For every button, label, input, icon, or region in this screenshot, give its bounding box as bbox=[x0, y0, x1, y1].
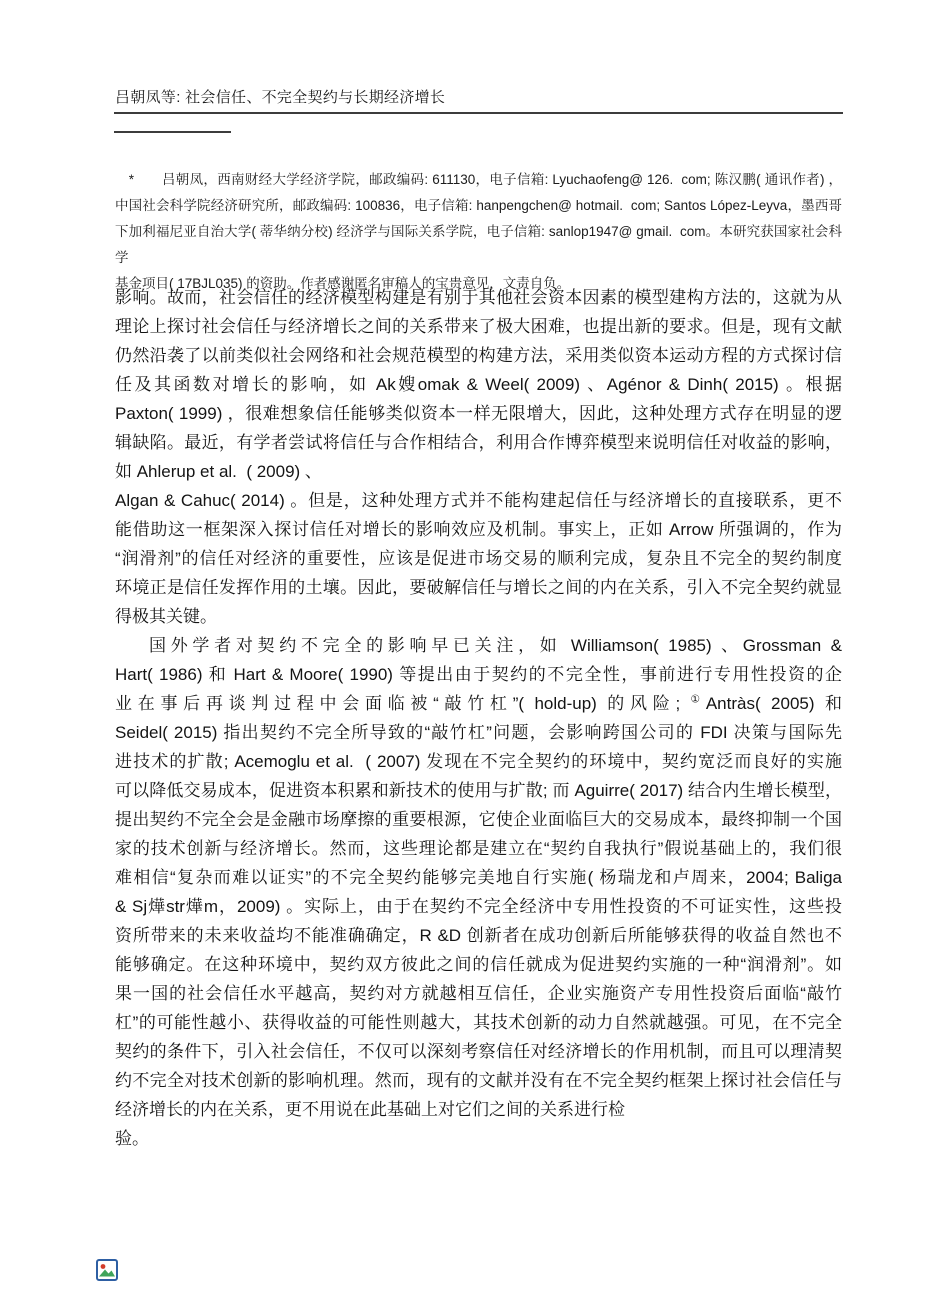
text-line: 进技术的扩散; Acemoglu et al. ( 2007) 发现在不完全契约… bbox=[115, 747, 842, 776]
image-placeholder-icon bbox=[96, 1259, 118, 1281]
article-body: 影响。故而，社会信任的经济模型构建是有别于其他社会资本因素的模型建构方法的，这就… bbox=[115, 283, 842, 1153]
text-line: Seidel( 2015) 指出契约不完全所导致的“敲竹杠”问题，会影响跨国公司… bbox=[115, 718, 842, 747]
text-line: 经济增长的内在关系，更不用说在此基础上对它们之间的关系进行检 bbox=[115, 1095, 842, 1124]
text-line: 任及其函数对增长的影响，如 Ak嫂omak & Weel( 2009) 、Agé… bbox=[115, 370, 842, 399]
text-line: 验。 bbox=[115, 1124, 842, 1153]
text-line: 中国社会科学院经济研究所，邮政编码: 100836，电子信箱: hanpengc… bbox=[115, 193, 842, 219]
text-line: 仍然沿袭了以前类似社会网络和社会规范模型的构建方法，采用类似资本运动方程的方式探… bbox=[115, 341, 842, 370]
running-head: 吕朝凤等: 社会信任、不完全契约与长期经济增长 bbox=[115, 86, 445, 107]
text-line: * 吕朝凤，西南财经大学经济学院，邮政编码: 611130，电子信箱: Lyuc… bbox=[115, 167, 842, 193]
paper-page: 吕朝凤等: 社会信任、不完全契约与长期经济增长 * 吕朝凤，西南财经大学经济学院… bbox=[0, 0, 950, 1290]
text-line: 如 Ahlerup et al. ( 2009) 、 bbox=[115, 457, 842, 486]
text-line: 业在事后再谈判过程中会面临被“敲竹杠”( hold-up) 的风险; ①Antr… bbox=[115, 689, 842, 718]
text-line: 资所带来的未来收益均不能准确确定，R &D 创新者在成功创新后所能够获得的收益自… bbox=[115, 921, 842, 950]
text-line: Hart( 1986) 和 Hart & Moore( 1990) 等提出由于契… bbox=[115, 660, 842, 689]
text-line: 下加利福尼亚自治大学( 蒂华纳分校) 经济学与国际关系学院，电子信箱: sanl… bbox=[115, 219, 842, 271]
text-line: 契约的条件下，引入社会信任，不仅可以深刻考察信任对经济增长的作用机制，而且可以理… bbox=[115, 1037, 842, 1066]
text-line: 难相信“复杂而难以证实”的不完全契约能够完美地自行实施( 杨瑞龙和卢周来，200… bbox=[115, 863, 842, 892]
text-line: 辑缺陷。最近，有学者尝试将信任与合作相结合，利用合作博弈模型来说明信任对收益的影… bbox=[115, 428, 842, 457]
text-line: “润滑剂”的信任对经济的重要性，应该是促进市场交易的顺利完成，复杂且不完全的契约… bbox=[115, 544, 842, 573]
footnote-block: * 吕朝凤，西南财经大学经济学院，邮政编码: 611130，电子信箱: Lyuc… bbox=[115, 167, 842, 297]
text-line: 果一国的社会信任水平越高，契约对方就越相互信任，企业实施资产专用性投资后面临“敲… bbox=[115, 979, 842, 1008]
header-rule bbox=[114, 112, 843, 114]
text-line: 杠”的可能性越小、获得收益的可能性则越大，其技术创新的动力自然就越强。可见，在不… bbox=[115, 1008, 842, 1037]
footnote-separator-rule bbox=[114, 131, 231, 133]
text-line: 能够确定。在这种环境中，契约双方彼此之间的信任就成为促进契约实施的一种“润滑剂”… bbox=[115, 950, 842, 979]
text-line: Algan & Cahuc( 2014) 。但是，这种处理方式并不能构建起信任与… bbox=[115, 486, 842, 515]
text-line: 约不完全对技术创新的影响机理。然而，现有的文献并没有在不完全契约框架上探讨社会信… bbox=[115, 1066, 842, 1095]
text-line: 环境正是信任发挥作用的土壤。因此，要破解信任与增长之间的内在关系，引入不完全契约… bbox=[115, 573, 842, 602]
text-line: 能借助这一框架深入探讨信任对增长的影响效应及机制。事实上，正如 Arrow 所强… bbox=[115, 515, 842, 544]
text-line: 国外学者对契约不完全的影响早已关注，如 Williamson( 1985) 、G… bbox=[115, 631, 842, 660]
text-line: 提出契约不完全会是金融市场摩擦的重要根源，它使企业面临巨大的交易成本，最终抑制一… bbox=[115, 805, 842, 834]
text-line: Paxton( 1999) ，很难想象信任能够类似资本一样无限增大，因此，这种处… bbox=[115, 399, 842, 428]
text-line: 影响。故而，社会信任的经济模型构建是有别于其他社会资本因素的模型建构方法的，这就… bbox=[115, 283, 842, 312]
text-line: 理论上探讨社会信任与经济增长之间的关系带来了极大困难，也提出新的要求。但是，现有… bbox=[115, 312, 842, 341]
text-line: 家的技术创新与经济增长。然而，这些理论都是建立在“契约自我执行”假说基础上的，我… bbox=[115, 834, 842, 863]
text-line: & Sj燁str燁m，2009) 。实际上，由于在契约不完全经济中专用性投资的不… bbox=[115, 892, 842, 921]
text-line: 得极其关键。 bbox=[115, 602, 842, 631]
footnote-ref-1: ① bbox=[691, 693, 706, 705]
text-line: 可以降低交易成本，促进资本积累和新技术的使用与扩散; 而 Aguirre( 20… bbox=[115, 776, 842, 805]
